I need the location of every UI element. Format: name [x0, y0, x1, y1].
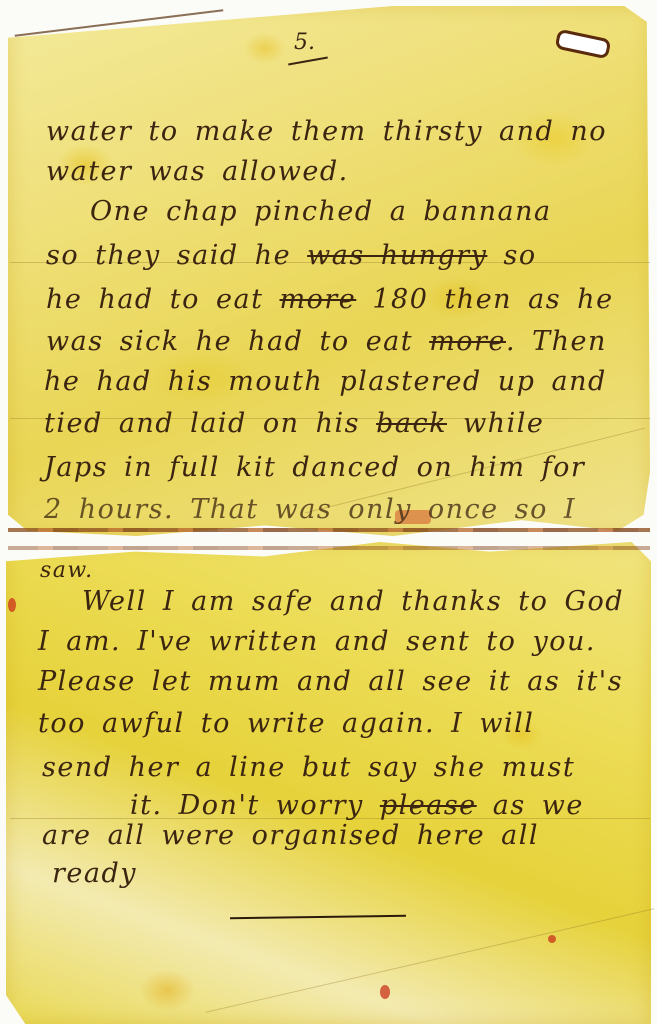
torn-edge: [8, 546, 650, 550]
letter-line: are all were organised here all: [42, 820, 539, 851]
letter-line: I am. I've written and sent to you.: [38, 626, 596, 657]
letter-line: Well I am safe and thanks to God: [82, 586, 624, 617]
letter-line: 2 hours. That was only once so I: [44, 494, 576, 525]
torn-edge: [8, 528, 650, 532]
letter-line: send her a line but say she must: [42, 752, 575, 783]
letter-line: too awful to write again. I will: [38, 708, 534, 739]
page-number: 5.: [294, 30, 315, 55]
struck-word: more: [429, 326, 506, 357]
red-stain: [380, 985, 390, 999]
letter-line: tied and laid on his back while: [44, 408, 544, 439]
struck-word: was hungry: [307, 240, 487, 271]
letter-line: One chap pinched a bannana: [90, 196, 552, 227]
struck-word: back: [376, 408, 447, 439]
letter-line: saw.: [40, 558, 94, 583]
letter-line: it. Don't worry please as we: [130, 790, 584, 821]
struck-word: more: [280, 284, 357, 315]
letter-line: ready: [52, 858, 137, 889]
letter-line: he had his mouth plastered up and: [44, 366, 607, 397]
red-stain: [8, 598, 16, 612]
letter-line: he had to eat more 180 then as he: [46, 284, 614, 315]
letter-line: so they said he was hungry so: [46, 240, 537, 271]
letter-line: Please let mum and all see it as it's: [38, 666, 623, 697]
letter-line: Japs in full kit danced on him for: [44, 452, 585, 483]
letter-line: was sick he had to eat more. Then: [46, 326, 607, 357]
letter-line: water to make them thirsty and no: [46, 116, 607, 147]
red-stain: [548, 935, 556, 943]
letter-line: water was allowed.: [46, 156, 349, 187]
struck-word: please: [380, 790, 477, 821]
